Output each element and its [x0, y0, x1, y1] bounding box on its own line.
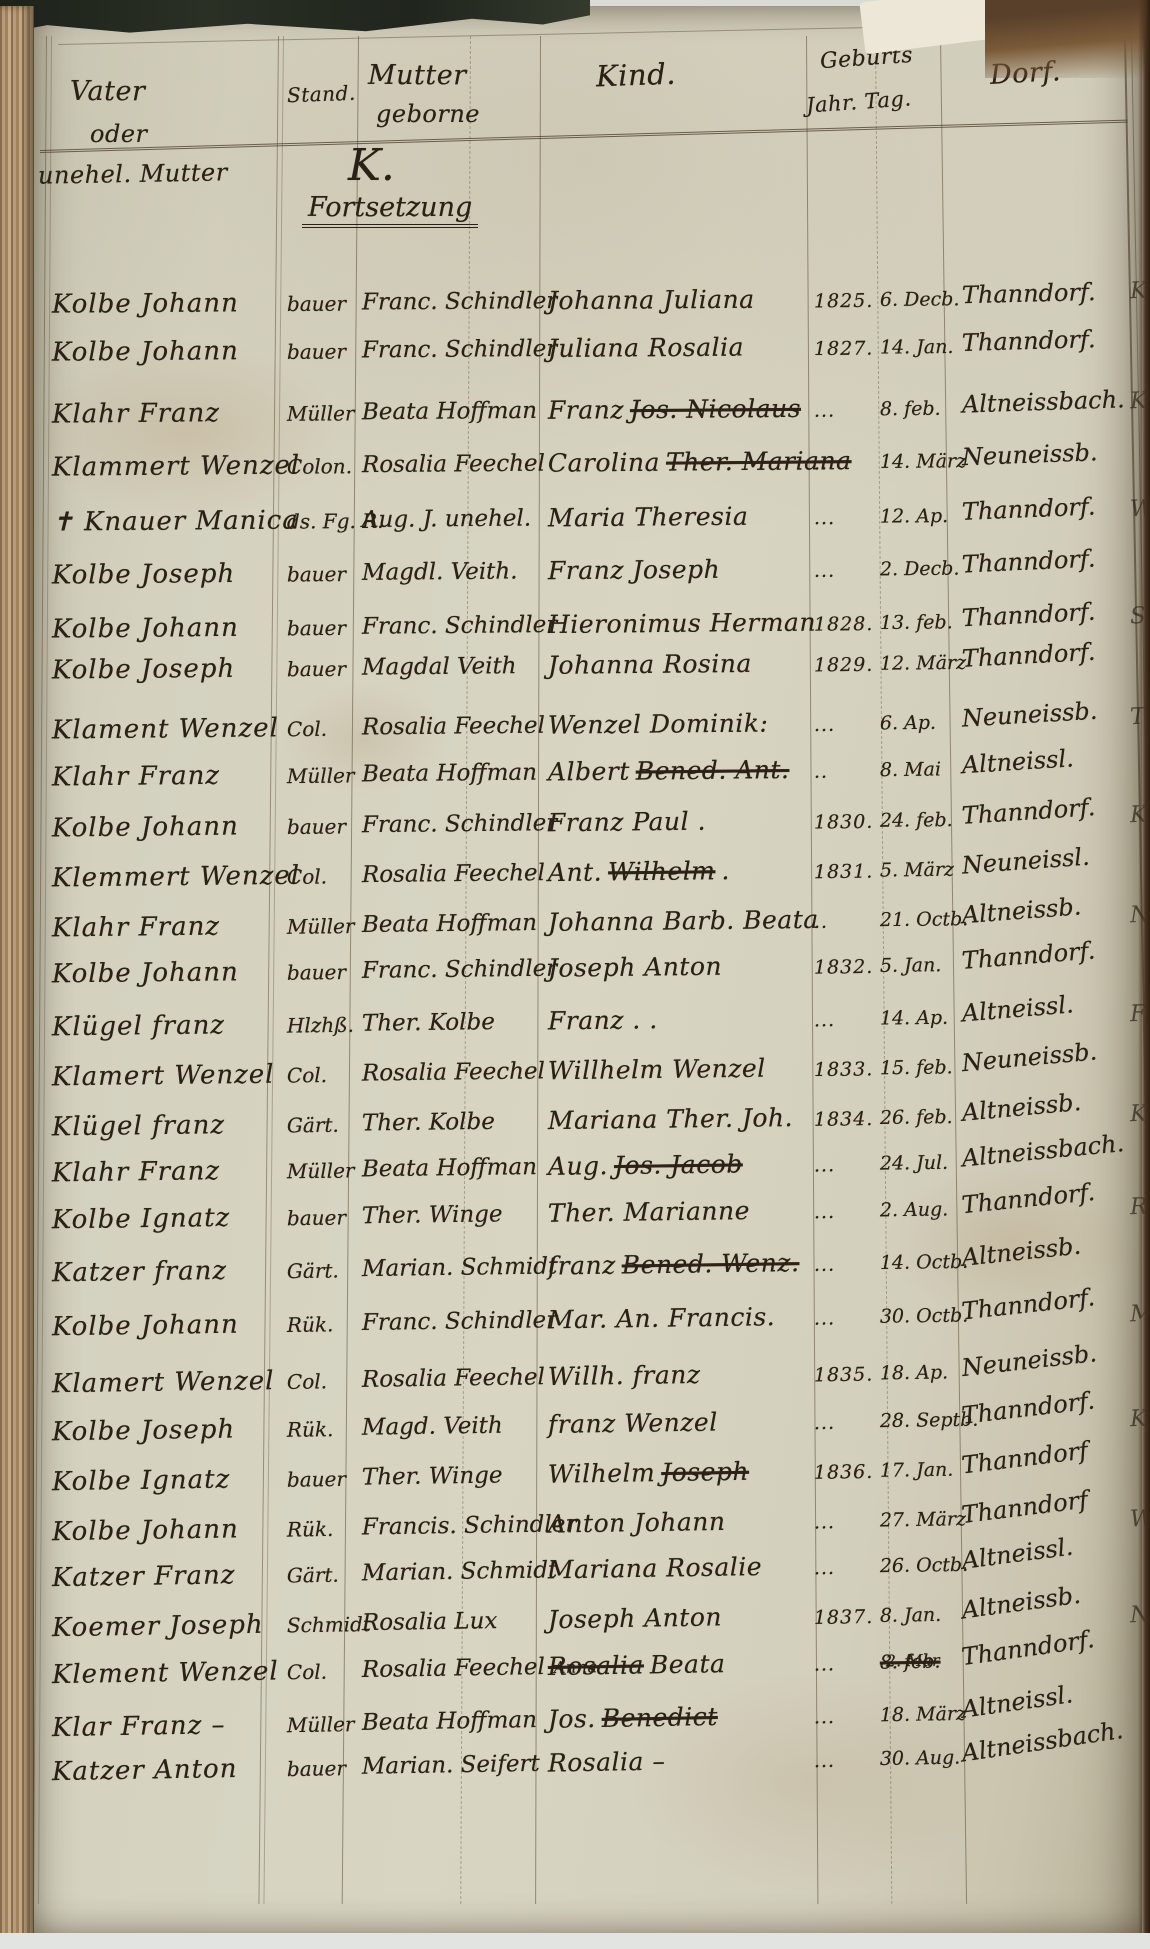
- village-name: Altneissl.: [961, 744, 1074, 779]
- mother-name: Magd. Veith: [362, 1413, 503, 1441]
- father-name: Kolbe Johann: [52, 336, 239, 367]
- mother-name: Aug. J. unehel.: [362, 506, 531, 533]
- child-name: Aug.Jos. Jacob: [548, 1149, 749, 1181]
- birth-year: ...: [814, 1009, 835, 1031]
- birth-day: 21. Octb.: [880, 908, 975, 931]
- father-name: Klahr Franz: [52, 1156, 220, 1188]
- birth-year: 1833.: [814, 1058, 874, 1081]
- village-name: Neuneissb.: [961, 697, 1098, 733]
- birth-day: 2. Aug.: [880, 1198, 955, 1221]
- birth-year: 1834.: [814, 1108, 874, 1131]
- birth-year: ...: [814, 1154, 835, 1176]
- village-name: Thanndorf.: [962, 278, 1096, 309]
- header-father-unehel: unehel. Mutter: [38, 158, 228, 189]
- village-name: Altneissb.: [961, 1088, 1083, 1127]
- birth-day: 26. Octb.: [880, 1554, 975, 1577]
- occupation: bauer: [287, 1467, 346, 1492]
- mother-name: Beata Hoffman: [362, 760, 537, 788]
- child-name: Johanna Rosina: [548, 649, 758, 680]
- child-name: Franz . .: [548, 1005, 664, 1035]
- occupation: bauer: [287, 562, 346, 587]
- birth-year: ...: [814, 1750, 835, 1772]
- village-name: Thanndorf.: [962, 325, 1096, 357]
- occupation: Hlzhß.: [287, 1013, 354, 1038]
- birth-day: 14. März: [880, 450, 972, 473]
- father-name: Klahr Franz: [52, 912, 220, 944]
- birth-year: ...: [814, 560, 835, 582]
- mother-name: Ther. Winge: [362, 1462, 503, 1490]
- child-name: Franz Joseph: [548, 555, 726, 586]
- father-name: Kolbe Johann: [52, 812, 239, 844]
- village-name: Altneissb.: [961, 892, 1082, 929]
- child-name: Joseph Anton: [548, 952, 728, 983]
- father-name: Kolbe Johann: [52, 288, 239, 319]
- birth-day: 18. März: [880, 1703, 972, 1727]
- child-name: Joseph Anton: [548, 1602, 729, 1634]
- birth-year: 1829.: [814, 654, 874, 677]
- birth-year: ...: [814, 714, 835, 736]
- occupation: bauer: [287, 292, 346, 316]
- page-edges-left: [0, 6, 34, 1949]
- mother-name: Ther. Kolbe: [362, 1009, 495, 1037]
- birth-day: 30. Aug.: [880, 1746, 967, 1769]
- occupation: Col.: [287, 717, 327, 741]
- occupation: bauer: [287, 814, 346, 839]
- birth-day: 27. März: [880, 1508, 972, 1531]
- occupation: Müller: [287, 763, 355, 788]
- occupation: Rük.: [287, 1517, 334, 1542]
- occupation: Müller: [287, 914, 355, 939]
- village-name: Altneissl.: [961, 990, 1075, 1027]
- father-name: Klemmert Wenzel: [52, 861, 300, 894]
- birth-year: 1835.: [814, 1364, 874, 1387]
- father-name: Katzer Anton: [52, 1754, 238, 1787]
- occupation: bauer: [287, 616, 346, 641]
- mother-name: Rosalia Lux: [362, 1608, 498, 1636]
- birth-day: 5. Jan.: [880, 954, 948, 977]
- section-letter: K.: [348, 140, 395, 191]
- birth-year: ...: [814, 400, 835, 422]
- occupation: bauer: [287, 339, 346, 363]
- mother-name: Franc. Schindler: [362, 288, 557, 315]
- header-father-oder: oder: [90, 120, 148, 148]
- table-row: Kolbe Joseph bauer Magdl. Veith. Franz J…: [0, 543, 1150, 605]
- birth-day: 24. feb.: [880, 809, 959, 832]
- section-subtitle: Fortsetzung: [302, 192, 478, 228]
- birth-year: ..: [814, 761, 828, 783]
- birth-day: 14. Ap.: [880, 1007, 954, 1030]
- occupation: Col.: [287, 1063, 327, 1087]
- header-father: Vater: [70, 76, 145, 107]
- child-name: CarolinaTher. Mariana: [548, 446, 858, 477]
- village-name: Thanndorf.: [961, 793, 1096, 830]
- birth-day: 12. März: [880, 652, 972, 675]
- child-name: AlbertBened. Ant.: [548, 755, 796, 787]
- mother-name: Franc. Schindler: [362, 336, 557, 363]
- birth-year: ...: [814, 1412, 835, 1434]
- mother-name: Franc. Schindler: [362, 1307, 558, 1336]
- birth-day: 17. Jan.: [880, 1459, 960, 1482]
- birth-year: ..: [814, 452, 828, 474]
- mother-name: Franc. Schindler: [362, 810, 558, 838]
- father-name: Kolbe Johann: [52, 957, 239, 989]
- occupation: Col.: [287, 864, 327, 888]
- occupation: bauer: [287, 657, 346, 682]
- book-cover-corner: [985, 0, 1150, 78]
- child-name: Johanna Barb. Beata: [548, 905, 825, 937]
- village-name: Altneissb.: [960, 1232, 1082, 1272]
- occupation: Colon.: [287, 454, 352, 479]
- mother-name: Rosalia Feechel: [362, 860, 545, 888]
- header-child: Kind.: [595, 57, 676, 94]
- mother-name: Ther. Winge: [362, 1201, 503, 1229]
- father-name: Kolbe Johann: [52, 1514, 239, 1547]
- table-row: Kolbe Joseph bauer Magdal Veith Johanna …: [0, 637, 1150, 700]
- occupation: Gärt.: [287, 1563, 339, 1588]
- birth-year: 1828.: [814, 613, 874, 636]
- child-name: FranzJos. Nicolaus: [548, 394, 807, 425]
- father-name: Kolbe Ignatz: [52, 1203, 231, 1235]
- mother-name: Beata Hoffman: [362, 1154, 537, 1182]
- birth-day: 14. Jan.: [880, 336, 960, 359]
- village-name: Altneissbach.: [961, 385, 1125, 418]
- table-row: Kolbe Johann bauer Franc. Schindler Juli…: [0, 322, 1150, 382]
- village-name: Thanndorf.: [961, 492, 1096, 525]
- birth-year: 1831.: [814, 861, 874, 884]
- child-name: Johanna Juliana: [548, 285, 761, 315]
- birth-day: 8. feb.: [880, 398, 947, 421]
- mother-name: Francis. Schindler: [362, 1511, 577, 1540]
- header-mother: Mutter: [368, 60, 467, 91]
- village-name: Neuneissl.: [961, 843, 1091, 880]
- mother-name: Beata Hoffman: [362, 398, 537, 425]
- occupation: bauer: [287, 1205, 346, 1230]
- header-stand: Stand.: [287, 81, 356, 107]
- occupation: Müller: [287, 401, 355, 426]
- child-name: WilhelmJoseph: [548, 1457, 756, 1489]
- mother-name: Rosalia Feechel: [362, 1364, 545, 1393]
- father-name: Klügel franz: [52, 1010, 225, 1042]
- birth-year: ...: [814, 1653, 835, 1675]
- mother-name: Rosalia Feechel: [362, 1058, 545, 1086]
- birth-year: ...: [814, 1307, 835, 1329]
- mother-name: Marian. Seifert: [362, 1751, 540, 1780]
- father-name: Katzer franz: [52, 1256, 228, 1288]
- occupation: Schmidt: [287, 1612, 371, 1637]
- birth-day: 26. feb.: [880, 1106, 959, 1129]
- mother-name: Franc. Schindler: [362, 956, 558, 984]
- child-name: Willh. franz: [548, 1360, 707, 1391]
- occupation: bauer: [287, 960, 346, 985]
- father-name: Klahr Franz: [52, 398, 220, 429]
- birth-year: 1825.: [814, 290, 874, 312]
- child-name: Rosalia –: [548, 1747, 672, 1778]
- village-name: Neuneissb.: [961, 438, 1098, 471]
- photo-background-strip: [0, 1933, 1150, 1949]
- birth-day: 24. Jul.: [880, 1152, 955, 1175]
- child-name: Anton Johann: [548, 1507, 732, 1539]
- father-name: Klamert Wenzel: [52, 1060, 275, 1093]
- village-name: Thanndorf.: [961, 638, 1096, 673]
- father-name: Klahr Franz: [52, 761, 220, 793]
- birth-year: 1827.: [814, 338, 874, 360]
- birth-year: ...: [814, 1706, 835, 1728]
- mother-name: Magdl. Veith.: [362, 558, 518, 585]
- child-name: Hieronimus Herman: [548, 608, 822, 639]
- child-name: Juliana Rosalia: [548, 333, 750, 363]
- birth-year: ...: [814, 507, 835, 529]
- birth-day: 12. Ap.: [880, 505, 954, 528]
- birth-day: 8. Jan.: [880, 1604, 948, 1627]
- occupation: Rük.: [287, 1312, 334, 1337]
- book-edge-right: [1138, 0, 1150, 1949]
- birth-day: 2. Decb.: [880, 558, 966, 581]
- village-name: Thanndorf.: [961, 545, 1096, 579]
- birth-day: 30. Octb.: [880, 1304, 975, 1327]
- child-name: Mariana Ther. Joh.: [548, 1103, 799, 1135]
- occupation: bauer: [287, 1756, 346, 1781]
- birth-day: 13. feb.: [880, 611, 959, 634]
- birth-day: 8. Mai: [880, 758, 947, 781]
- child-name: franzBened. Wenz.: [548, 1248, 806, 1281]
- child-name: franz Wenzel: [548, 1407, 724, 1439]
- father-name: Kolbe Joseph: [52, 654, 235, 686]
- occupation: Gärt.: [287, 1113, 339, 1138]
- birth-day: 14. Octb.: [880, 1251, 975, 1274]
- child-name: Franz Paul .: [548, 807, 712, 838]
- register-page-photo: Vater oder unehel. Mutter Stand. Mutter …: [0, 0, 1150, 1949]
- father-name: Klamert Wenzel: [52, 1366, 275, 1399]
- child-name: Ant.Wilhelm.: [548, 856, 736, 887]
- birth-year: 1837.: [814, 1606, 874, 1629]
- birth-day: 6. Decb.: [880, 288, 966, 311]
- child-name: Maria Theresia: [548, 502, 755, 533]
- table-row: ✝ Knauer Manica ds. Fg. R. Aug. J. unehe…: [0, 490, 1150, 552]
- birth-year: ...: [814, 1511, 835, 1533]
- occupation: Müller: [287, 1158, 355, 1183]
- birth-year: ...: [814, 1201, 835, 1223]
- birth-year: ...: [814, 1557, 835, 1579]
- father-name: Katzer Franz: [52, 1560, 236, 1593]
- child-name: Wenzel Dominik:: [548, 708, 775, 739]
- father-name: Klammert Wenzel: [52, 451, 300, 483]
- occupation: Rük.: [287, 1417, 334, 1442]
- father-name: Kolbe Johann: [52, 613, 239, 645]
- father-name: Klament Wenzel: [52, 713, 279, 745]
- header-mother-born: geborne: [376, 100, 480, 128]
- mother-name: Marian. Schmidt: [362, 1557, 558, 1586]
- mother-name: Rosalia Feechel: [362, 1654, 545, 1683]
- child-name: Mariana Rosalie: [548, 1552, 769, 1584]
- father-name: Koemer Joseph: [52, 1610, 264, 1643]
- birth-year: ...: [814, 1254, 835, 1276]
- child-name: AnnaRosaliaBeata: [548, 1649, 732, 1681]
- occupation: Col.: [287, 1660, 327, 1685]
- mother-name: Rosalia Feechel: [362, 451, 545, 478]
- father-name: Klar Franz –: [52, 1710, 226, 1743]
- child-name: Mar. An. Francis.: [548, 1302, 782, 1334]
- father-name: Kolbe Ignatz: [52, 1465, 231, 1498]
- occupation: Col.: [287, 1369, 327, 1394]
- village-name: Neuneissb.: [961, 1037, 1099, 1077]
- birth-day: 2. Mar8. feb.: [880, 1650, 947, 1673]
- birth-day: 15. feb.: [880, 1056, 959, 1079]
- father-name: Kolbe Joseph: [52, 1415, 236, 1448]
- father-name: Klement Wenzel: [52, 1656, 279, 1690]
- table-row: Klahr Franz Müller Beata Hoffman FranzJo…: [0, 383, 1150, 444]
- birth-day: 18. Ap.: [880, 1361, 954, 1384]
- father-name: ✝ Knauer Manica: [52, 505, 299, 537]
- father-name: Kolbe Joseph: [52, 559, 235, 591]
- birth-year: 1832.: [814, 956, 874, 979]
- birth-year: 1836.: [814, 1461, 874, 1484]
- child-name: Willhelm Wenzel: [548, 1054, 772, 1086]
- mother-name: Rosalia Feechel: [362, 713, 545, 741]
- mother-name: Beata Hoffman: [362, 1707, 537, 1736]
- village-name: Thanndorf.: [961, 936, 1096, 974]
- mother-name: Beata Hoffman: [362, 910, 537, 938]
- father-name: Klügel franz: [52, 1110, 225, 1142]
- mother-name: Franc. Schindler: [362, 612, 558, 640]
- mother-name: Magdal Veith: [362, 653, 517, 680]
- table-row: Klammert Wenzel Colon. Rosalia Feechel C…: [0, 436, 1150, 497]
- occupation: Müller: [287, 1712, 355, 1737]
- village-name: Thanndorf.: [961, 598, 1096, 633]
- mother-name: Marian. Schmidt: [362, 1253, 558, 1282]
- birth-day: 5. März: [880, 859, 960, 882]
- village-name: Thanndorf.: [960, 1178, 1096, 1219]
- child-name: Jos.Benedict: [548, 1702, 724, 1734]
- birth-day: 6. Ap.: [880, 712, 942, 735]
- father-name: Kolbe Johann: [52, 1310, 239, 1343]
- occupation: Gärt.: [287, 1258, 339, 1283]
- birth-year: ..: [814, 911, 828, 933]
- birth-year: 1830.: [814, 811, 874, 834]
- child-name: Ther. Marianne: [548, 1196, 756, 1228]
- mother-name: Ther. Kolbe: [362, 1109, 495, 1137]
